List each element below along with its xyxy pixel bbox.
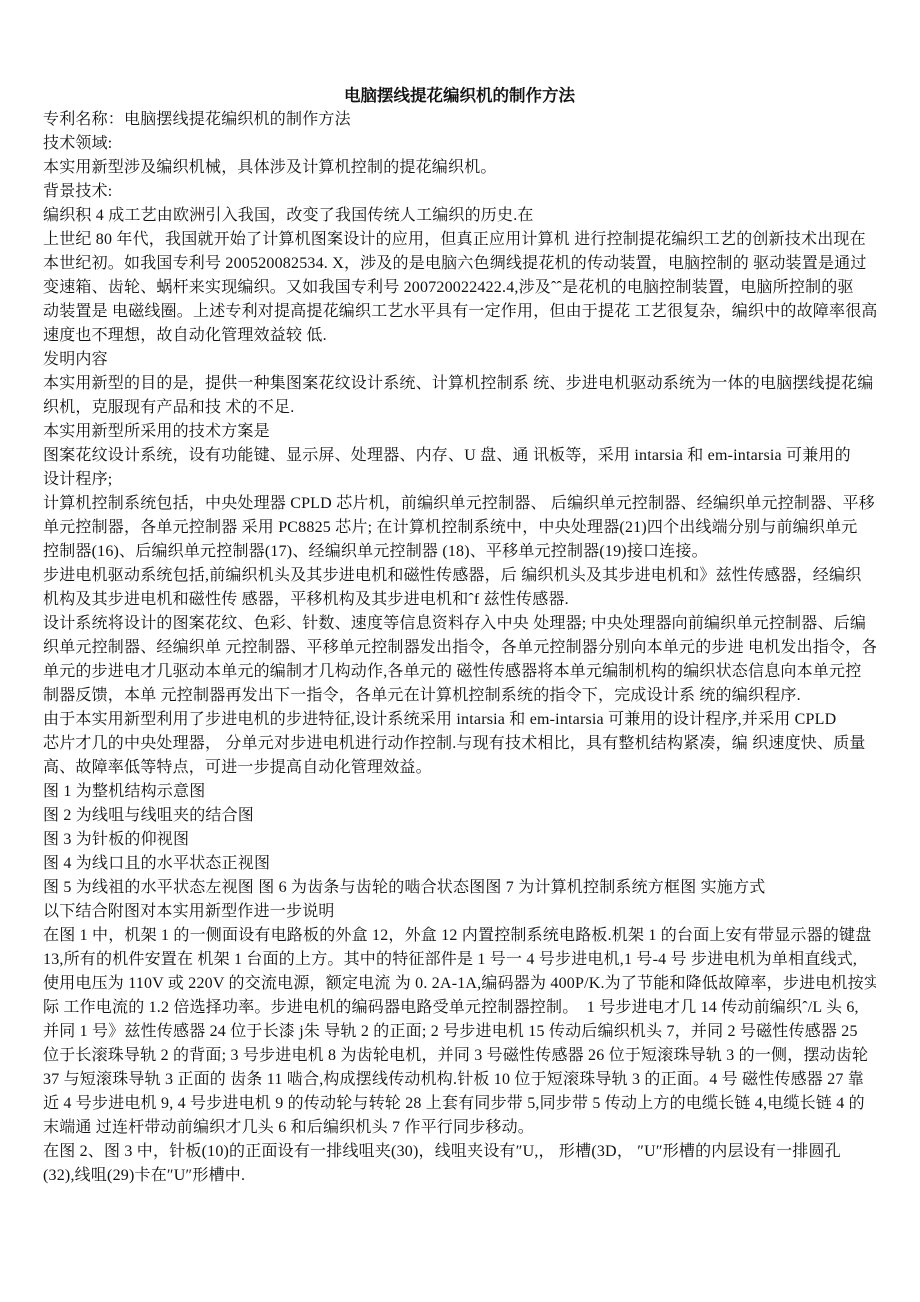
text-line: 计算机控制系统包括，中央处理器 CPLD 芯片机，前编织单元控制器、 后编织单元… — [43, 492, 876, 516]
text-line: 并同 1 号》兹性传感器 24 位于长漆 j朱 导轨 2 的正面; 2 号步进电… — [43, 1020, 876, 1044]
text-line: 速度也不理想，故自动化管理效益较 低. — [43, 324, 876, 348]
text-line: 变速箱、齿轮、蜗杆来实现编织。又如我国专利号 200720022422.4,涉及… — [43, 276, 876, 300]
text-line: 控制器(16)、后编织单元控制器(17)、经编织单元控制器 (18)、平移单元控… — [43, 540, 876, 564]
text-line: 13,所有的机件安置在 机架 1 台面的上方。其中的特征部件是 1 号一 4 号… — [43, 948, 876, 972]
text-line: 37 与短滚珠导轨 3 正面的 齿条 11 啮合,构成摆线传动机构.针板 10 … — [43, 1068, 876, 1092]
text-line: 图 4 为线口且的水平状态正视图 — [43, 852, 876, 876]
text-line: 本实用新型所采用的技术方案是 — [43, 420, 876, 444]
text-line: 单元控制器，各单元控制器 采用 PC8825 芯片; 在计算机控制系统中，中央处… — [43, 516, 876, 540]
text-line: 高、故障率低等特点，可进一步提高自动化管理效益。 — [43, 756, 876, 780]
text-line: 上世纪 80 年代，我国就开始了计算机图案设计的应用，但真正应用计算机 进行控制… — [43, 228, 876, 252]
text-line: 本实用新型涉及编织机械，具体涉及计算机控制的提花编织机。 — [43, 156, 876, 180]
text-line: 技术领域: — [43, 132, 876, 156]
text-line: 在图 1 中，机架 1 的一侧面设有电路板的外盒 12，外盒 12 内置控制系统… — [43, 924, 876, 948]
text-line: (32),线咀(29)卡在″U″形槽中. — [43, 1164, 876, 1188]
text-line: 图 3 为针板的仰视图 — [43, 828, 876, 852]
text-line: 机构及其步进电机和磁性传 感器，平移机构及其步进电机和ˆf 兹性传感器. — [43, 588, 876, 612]
text-line: 本世纪初。如我国专利号 200520082534. X，涉及的是电脑六色绸线提花… — [43, 252, 876, 276]
text-line: 编织积 4 成工艺由欧洲引入我国，改变了我国传统人工编织的历史.在 — [43, 204, 876, 228]
text-line: 专利名称：电脑摆线提花编织机的制作方法 — [43, 108, 876, 132]
document-body: 专利名称：电脑摆线提花编织机的制作方法技术领域:本实用新型涉及编织机械，具体涉及… — [43, 108, 876, 1188]
text-line: 动装置是 电磁线圈。上述专利对提高提花编织工艺水平具有一定作用，但由于提花 工艺… — [43, 300, 876, 324]
patent-document-page: 电脑摆线提花编织机的制作方法 专利名称：电脑摆线提花编织机的制作方法技术领域:本… — [0, 0, 920, 1302]
text-line: 际 工作电流的 1.2 倍选择功率。步进电机的编码器电路受单元控制器控制。 1 … — [43, 996, 876, 1020]
text-line: 设计系统将设计的图案花纹、色彩、针数、速度等信息资料存入中央 处理器; 中央处理… — [43, 612, 876, 636]
text-line: 在图 2、图 3 中，针板(10)的正面设有一排线咀夹(30)，线咀夹设有″U,… — [43, 1140, 876, 1164]
text-line: 使用电压为 110V 或 220V 的交流电源，额定电流 为 0. 2A-1A,… — [43, 972, 876, 996]
text-line: 末端通 过连杆带动前编织才几头 6 和后编织机头 7 作平行同步移动。 — [43, 1116, 876, 1140]
text-line: 位于长滚珠导轨 2 的背面; 3 号步进电机 8 为齿轮电机，并同 3 号磁性传… — [43, 1044, 876, 1068]
text-line: 制器反馈，本单 元控制器再发出下一指令，各单元在计算机控制系统的指令下，完成设计… — [43, 684, 876, 708]
text-line: 单元的步进电才几驱动本单元的编制才几构动作,各单元的 磁性传感器将本单元编制机构… — [43, 660, 876, 684]
text-line: 发明内容 — [43, 348, 876, 372]
text-line: 本实用新型的目的是，提供一种集图案花纹设计系统、计算机控制系 统、步进电机驱动系… — [43, 372, 876, 396]
text-line: 芯片才几的中央处理器， 分单元对步进电机进行动作控制.与现有技术相比，具有整机结… — [43, 732, 876, 756]
document-title: 电脑摆线提花编织机的制作方法 — [43, 84, 876, 108]
text-line: 以下结合附图对本实用新型作进一步说明 — [43, 900, 876, 924]
text-line: 织机，克服现有产品和技 术的不足. — [43, 396, 876, 420]
text-line: 图 1 为整机结构示意图 — [43, 780, 876, 804]
text-line: 步进电机驱动系统包括,前编织机头及其步进电机和磁性传感器，后 编织机头及其步进电… — [43, 564, 876, 588]
text-line: 由于本实用新型利用了步进电机的步进特征,设计系统采用 intarsia 和 em… — [43, 708, 876, 732]
text-line: 图 2 为线咀与线咀夹的结合图 — [43, 804, 876, 828]
text-line: 近 4 号步进电机 9, 4 号步进电机 9 的传动轮与转轮 28 上套有同步带… — [43, 1092, 876, 1116]
text-line: 背景技术: — [43, 180, 876, 204]
text-line: 图案花纹设计系统，设有功能键、显示屏、处理器、内存、U 盘、通 讯板等，采用 i… — [43, 444, 876, 468]
text-line: 图 5 为线祖的水平状态左视图 图 6 为齿条与齿轮的啮合状态图图 7 为计算机… — [43, 876, 876, 900]
text-line: 设计程序; — [43, 468, 876, 492]
text-line: 织单元控制器、经编织单 元控制器、平移单元控制器发出指令，各单元控制器分别向本单… — [43, 636, 876, 660]
